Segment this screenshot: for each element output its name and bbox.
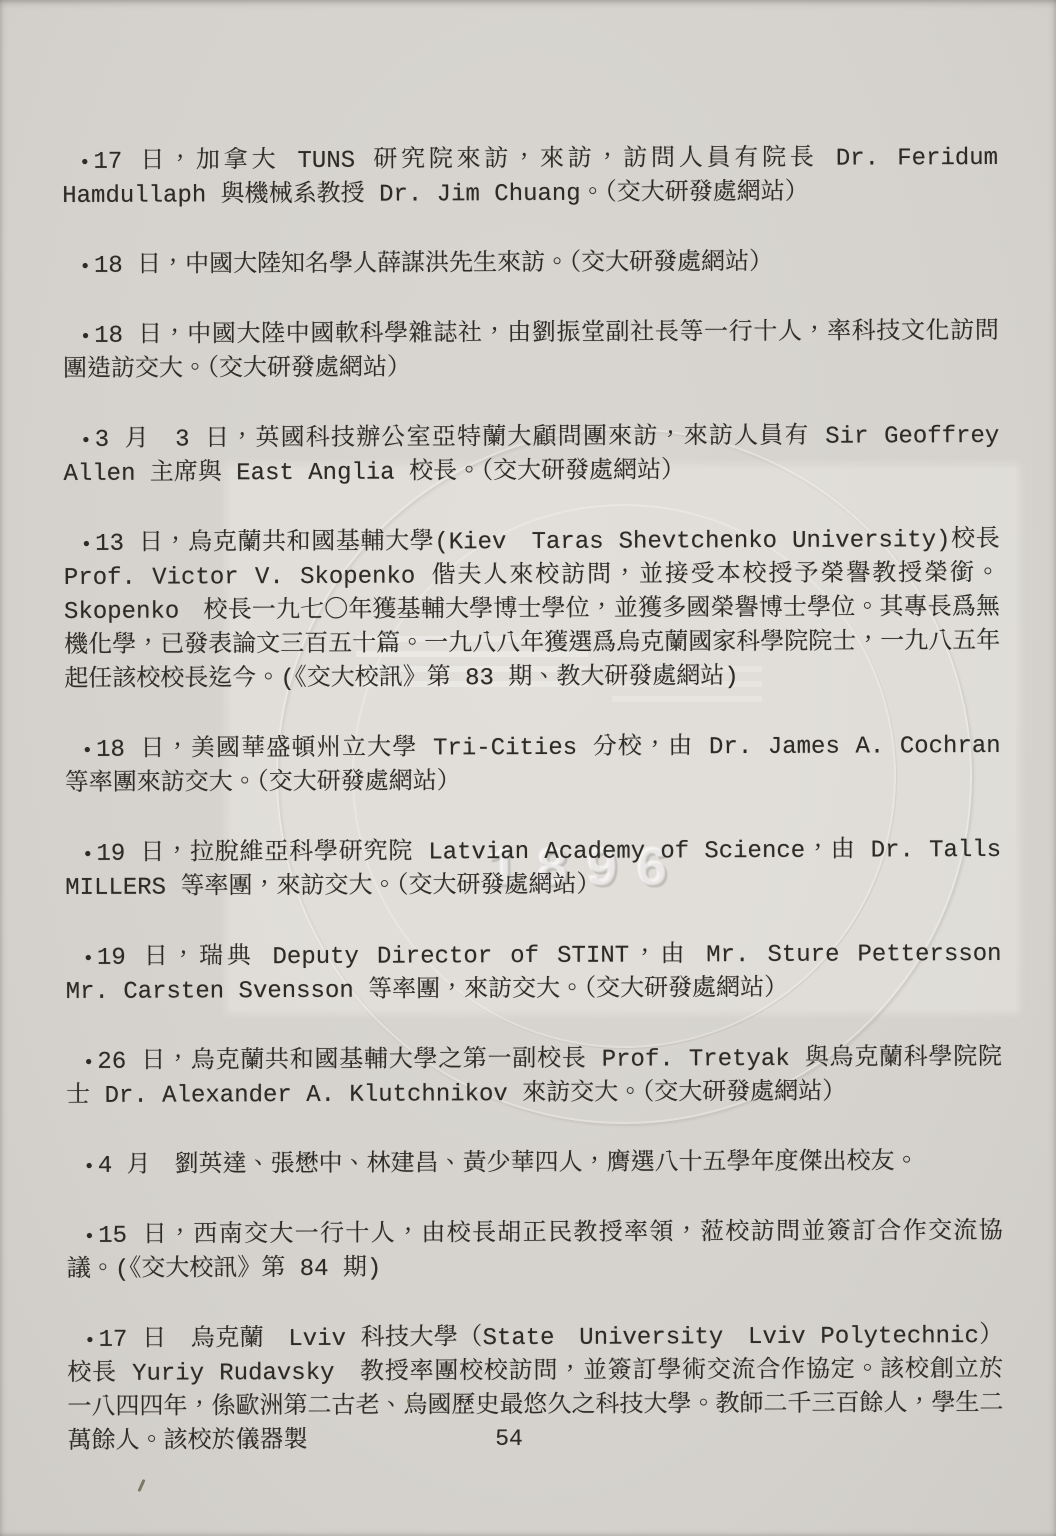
- bullet-dot: •: [82, 740, 97, 762]
- chronicle-entry: •18 日，中國大陸知名學人薛謀洪先生來訪。（交大研發處網站）: [62, 246, 998, 284]
- bullet-dot: •: [83, 1052, 98, 1074]
- bullet-dot: •: [83, 1156, 98, 1178]
- chronicle-entry: •26 日，烏克蘭共和國基輔大學之第一副校長 Prof. Tretyak 與烏克…: [66, 1042, 1002, 1114]
- bullet-dot: •: [80, 430, 95, 452]
- entry-text: 13 日，烏克蘭共和國基輔大學(Kiev Taras Shevtchenko U…: [64, 527, 1000, 694]
- chronicle-entry: •18 日，中國大陸中國軟科學雜誌社，由劉振堂副社長等一行十人，率科技文化訪問團…: [63, 316, 999, 388]
- chronicle-entries: •17 日，加拿大 TUNS 研究院來訪，來訪，訪問人員有院長 Dr. Feri…: [62, 142, 1004, 1496]
- bullet-dot: •: [81, 534, 96, 556]
- bullet-dot: •: [79, 256, 94, 278]
- chronicle-entry: •18 日，美國華盛頓州立大學 Tri-Cities 分校，由 Dr. Jame…: [65, 730, 1001, 802]
- chronicle-entry: •19 日，瑞典 Deputy Director of STINT，由 Mr. …: [65, 938, 1001, 1010]
- chronicle-entry: •3 月 3 日，英國科技辦公室亞特蘭大顧問團來訪，來訪人員有 Sir Geof…: [63, 420, 999, 492]
- entry-text: 3 月 3 日，英國科技辦公室亞特蘭大顧問團來訪，來訪人員有 Sir Geoff…: [63, 423, 999, 488]
- entry-text: 15 日，西南交大一行十人，由校長胡正民教授率領，蒞校訪問並簽訂合作交流協議。(…: [67, 1219, 1003, 1284]
- entry-text: 18 日，中國大陸中國軟科學雜誌社，由劉振堂副社長等一行十人，率科技文化訪問團造…: [63, 319, 999, 384]
- bullet-dot: •: [82, 844, 97, 866]
- entry-text: 18 日，美國華盛頓州立大學 Tri-Cities 分校，由 Dr. James…: [65, 733, 1001, 798]
- entry-text: 19 日，拉脫維亞科學研究院 Latvian Academy of Scienc…: [65, 837, 1001, 902]
- entry-text: 18 日，中國大陸知名學人薛謀洪先生來訪。（交大研發處網站）: [94, 250, 773, 280]
- chronicle-entry: •13 日，烏克蘭共和國基輔大學(Kiev Taras Shevtchenko …: [64, 524, 1001, 698]
- bullet-dot: •: [80, 326, 95, 348]
- entry-text: 19 日，瑞典 Deputy Director of STINT，由 Mr. S…: [66, 941, 1002, 1006]
- document-page: 1896 •17 日，加拿大 TUNS 研究院來訪，來訪，訪問人員有院長 Dr.…: [0, 0, 1056, 1536]
- entry-text: 17 日，加拿大 TUNS 研究院來訪，來訪，訪問人員有院長 Dr. Ferid…: [62, 145, 998, 210]
- bullet-dot: •: [84, 1226, 99, 1248]
- entry-text: 4 月 劉英達、張懋中、林建昌、黃少華四人，膺選八十五學年度傑出校友。: [98, 1149, 919, 1180]
- chronicle-entry: •19 日，拉脫維亞科學研究院 Latvian Academy of Scien…: [65, 834, 1001, 906]
- entry-text: 26 日，烏克蘭共和國基輔大學之第一副校長 Prof. Tretyak 與烏克蘭…: [66, 1045, 1002, 1110]
- chronicle-entry: •17 日，加拿大 TUNS 研究院來訪，來訪，訪問人員有院長 Dr. Feri…: [62, 142, 998, 214]
- chronicle-entry: •4 月 劉英達、張懋中、林建昌、黃少華四人，膺選八十五學年度傑出校友。: [66, 1146, 1002, 1184]
- bullet-dot: •: [79, 152, 94, 174]
- page-number: 54: [461, 1426, 557, 1452]
- bullet-dot: •: [82, 948, 97, 970]
- paper-speck: [407, 1398, 411, 1404]
- chronicle-entry: •15 日，西南交大一行十人，由校長胡正民教授率領，蒞校訪問並簽訂合作交流協議。…: [67, 1216, 1003, 1288]
- bullet-dot: •: [84, 1330, 99, 1352]
